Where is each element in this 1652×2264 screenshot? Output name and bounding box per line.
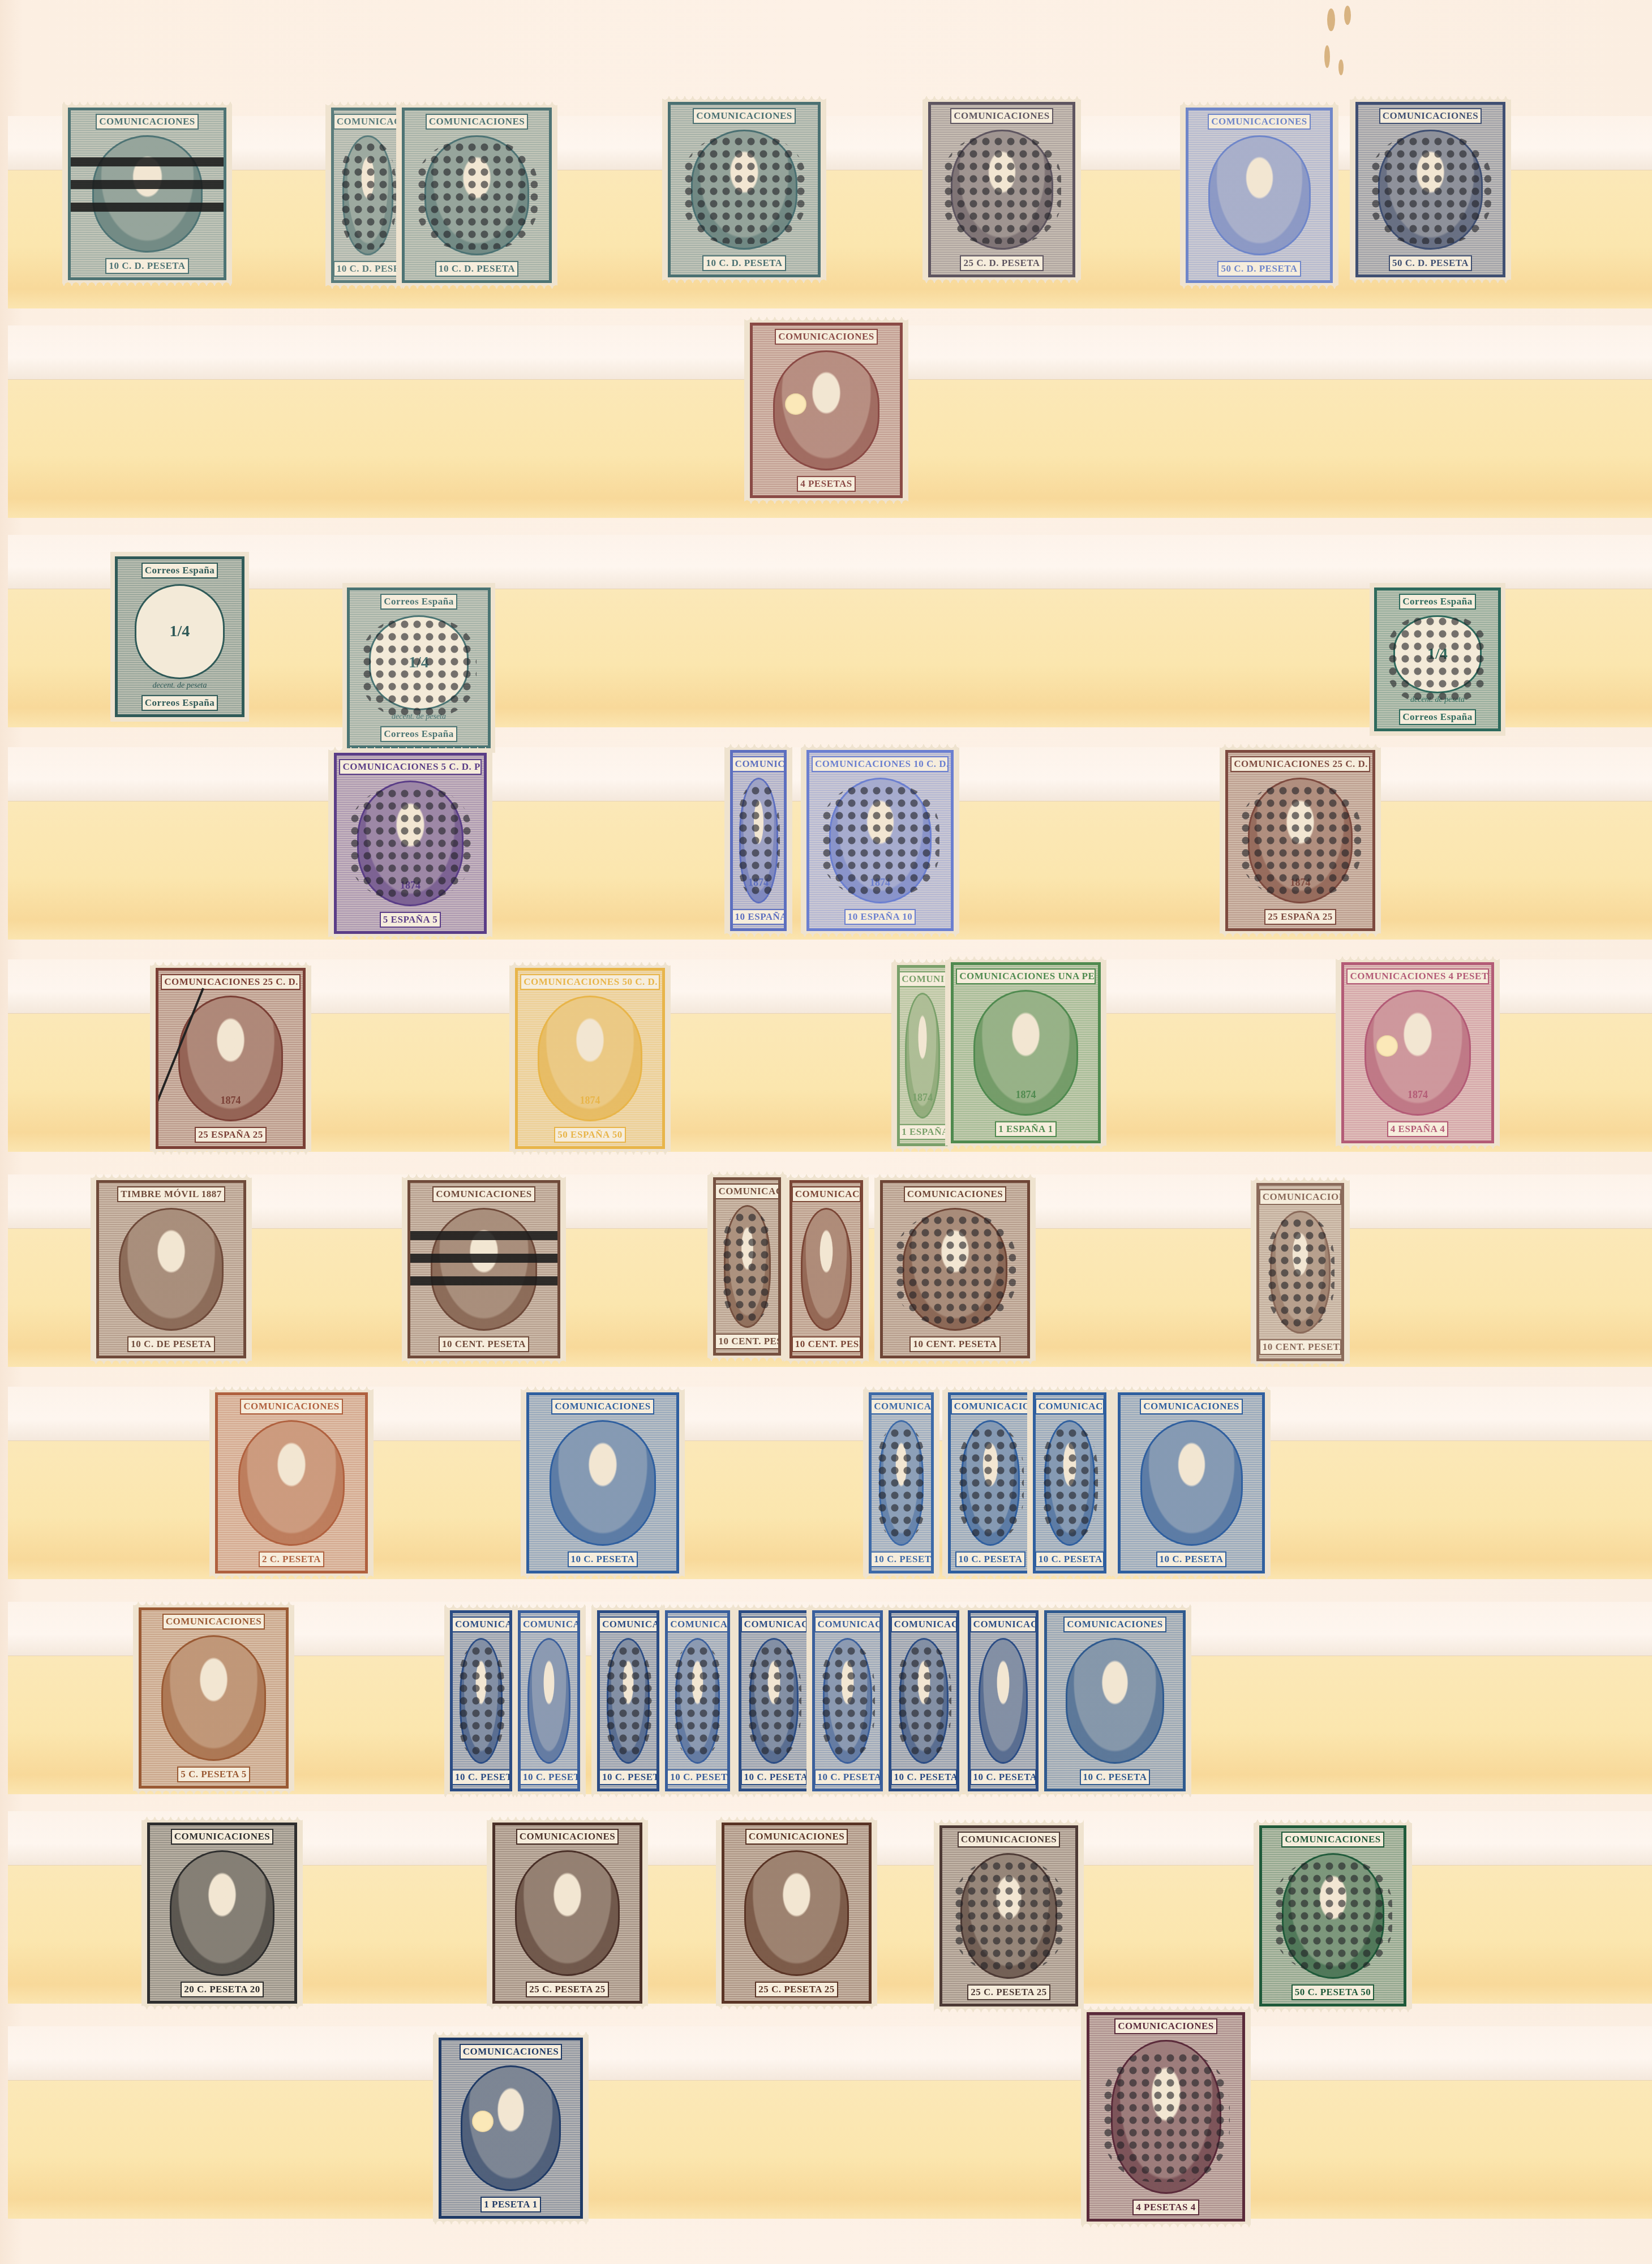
stamp: COMUNICACIONES20 C. PESETA 20 [141,1817,303,2009]
stamp-design: COMUNICACIONES5 C. PESETA 5 [139,1607,289,1789]
stamp: COMUNICACIONES10 C. D. PESETA [396,102,557,289]
stamp: TIMBRE MÓVIL 188710 C. DE PESETA [91,1174,252,1364]
stamp: COMUNICACIONES50 C. PESETA 50 [1254,1820,1412,2012]
stamp: COMUNICACIONES10 C. PESETA [942,1387,1039,1579]
stamp-design: COMUNICACIONES4 PESETAS 4 [1087,2012,1245,2222]
stamp-value-label: 10 ESPAÑA 10 [732,909,786,925]
stamp-design: TIMBRE MÓVIL 188710 C. DE PESETA [96,1180,246,1358]
stamp-value-label: 5 ESPAÑA 5 [380,912,441,928]
stamp-design: COMUNICACIONES25 C. D. PESETA [928,102,1075,277]
stamp-vignette [979,1638,1028,1764]
stamp-top-label: COMUNICACIONES 50 C. D. PESETA [520,974,660,990]
stamp-top-label: COMUNICACIONES [745,1829,848,1845]
stamp-sub-label: decent. de peseta [1410,696,1465,705]
stamp-top-label: COMUNICACIONES 4 PESETAS [1346,968,1488,984]
stamp-year: 1874 [158,1095,303,1107]
stamp: COMUNICACIONES10 C. PESETA [1039,1605,1191,1797]
stamp-year: 1874 [900,1092,945,1104]
stamp-vignette [1044,1420,1095,1546]
stamp: COMUNICACIONES 10 C. D. PESETA187410 ESP… [724,744,792,937]
stamp-value-label: 4 PESETAS 4 [1132,2199,1199,2215]
stamp-design: Correos España1/4decent. de pesetaCorreo… [1374,588,1501,731]
stamp-top-label: COMUNICACIONES [715,1184,779,1199]
stamp-vignette [1208,135,1311,255]
stamp-value-label: 10 C. PESETA [1035,1551,1104,1567]
stamp-top-label: COMUNICACIONES UNA PESETA [956,968,1096,984]
stamp-top-label: COMUNICACIONES [904,1186,1006,1202]
stamp-value-label: 4 ESPAÑA 4 [1387,1121,1448,1137]
stamp: COMUNICACIONES 5 C. D. PESETA18745 ESPAÑ… [328,747,492,940]
stamp-design: COMUNICACIONES 4 PESETAS18744 ESPAÑA 4 [1341,962,1494,1143]
stamp-design: COMUNICACIONES1 PESETA 1 [439,2038,583,2219]
stamp-value-label: 10 C. PESETA [955,1551,1026,1567]
stamp-top-label: COMUNICACIONES [1208,114,1310,130]
stamp-design: COMUNICACIONES 25 C. D. PESETA187425 ESP… [156,968,306,1149]
stamp-vignette [724,1205,771,1328]
stamp-top-label: COMUNICACIONES [432,1186,535,1202]
stamp-top-label: COMUNICACIONES [96,114,198,130]
stamp-top-label: TIMBRE MÓVIL 1887 [117,1186,225,1202]
stamp-top-label: COMUNICACIONES [775,329,877,345]
stain-mark [1324,45,1330,68]
stamp-vignette [238,1420,345,1546]
stamp-vignette [1140,1420,1243,1546]
stamp-top-label: COMUNICACIONES [240,1399,342,1414]
stamp: COMUNICACIONES UNA PESETA18741 ESPAÑA 1 [945,957,1106,1149]
stamp: COMUNICACIONES10 C. PESETA [962,1605,1044,1797]
stamp-value-label: 10 C. D. PESETA [333,261,402,277]
stamp-vignette [961,1420,1020,1546]
stamp-design: COMUNICACIONES10 C. PESETA [450,1610,512,1791]
stamp-top-label: COMUNICACIONES [741,1616,808,1632]
stamp-top-label: COMUNICACIONES [951,1399,1031,1414]
stamp-value-label: 25 ESPAÑA 25 [195,1127,266,1143]
stamp: COMUNICACIONES 10 C. D. PESETA187410 ESP… [801,744,959,937]
stamp-top-label: COMUNICACIONES [970,1616,1037,1632]
stamp-design: COMUNICACIONES25 C. PESETA 25 [939,1825,1078,2006]
stamp: COMUNICACIONES10 C. PESETA [883,1605,965,1797]
stamp-top-label: COMUNICACIONES [551,1399,654,1414]
stamp-value-label: 1 ESPAÑA 1 [995,1121,1056,1137]
stamp-design: COMUNICACIONES10 C. PESETA [1044,1610,1186,1791]
stamp-top-label: COMUNICACIONES [693,108,795,124]
stamp-year: 1874 [337,880,484,891]
stamp: COMUNICACIONES10 CENT. PESETA [784,1174,869,1364]
stamp-top-label: COMUNICACIONES [1063,1616,1166,1632]
stamp-design: COMUNICACIONES50 C. D. PESETA [1355,102,1505,277]
stamp-sub-label: decent. de peseta [392,713,446,722]
stamp-value-label: 10 C. PESETA [870,1551,932,1567]
stamp-design: COMUNICACIONES10 C. PESETA [739,1610,809,1791]
stamp-top-label: Correos España [1399,594,1475,610]
stamp-design: COMUNICACIONES10 CENT. PESETA [407,1180,560,1358]
stamp-value-label: 10 C. PESETA [599,1769,658,1785]
stamp-value-label: 10 C. PESETA [520,1769,578,1785]
stamp: COMUNICACIONES 25 C. D. PESETA187425 ESP… [1220,744,1381,937]
glassine-strip [8,2026,1652,2219]
stamp-vignette [903,1208,1007,1331]
stamp-design: COMUNICACIONES 50 C. D. PESETA187450 ESP… [515,968,665,1149]
stamp-design: COMUNICACIONES2 C. PESETA [215,1392,368,1573]
stamp-design: COMUNICACIONES 5 C. D. PESETA18745 ESPAÑ… [334,753,487,934]
stamp: COMUNICACIONES4 PESETAS [744,317,908,504]
stamp-vignette [170,1850,274,1976]
stamp-vignette [773,350,879,470]
stamp-value-label: 10 C. DE PESETA [127,1336,214,1352]
stamp-vignette [1270,1211,1331,1333]
stamp-vignette [744,1850,849,1976]
stamp: Correos España1/4decent. de pesetaCorreo… [342,583,495,753]
stamp-vignette: 1/4 [135,584,225,679]
stamp-design: COMUNICACIONES50 C. PESETA 50 [1259,1825,1406,2006]
stamp: COMUNICACIONES10 C. PESETA [659,1605,736,1797]
stamp: COMUNICACIONES1 PESETA 1 [433,2032,589,2224]
stamp-value-label: 10 C. PESETA [1156,1551,1227,1567]
stamp-vignette [92,135,203,252]
stamp-vignette [823,1638,872,1764]
stamp-design: COMUNICACIONES10 CENT. PESETA [789,1180,863,1358]
stamp-top-label: Correos España [141,563,218,578]
stamp: COMUNICACIONES 25 C. D. PESETA187425 ESP… [150,962,311,1155]
stamp: Correos España1/4decent. de pesetaCorreo… [110,552,249,722]
stamp-vignette [515,1850,620,1976]
stamp-vignette [460,1638,503,1764]
stamp-value-label: 10 C. PESETA [667,1769,728,1785]
stamp-design: COMUNICACIONES10 C. PESETA [526,1392,679,1573]
stamp: COMUNICACIONES10 C. PESETA [733,1605,815,1797]
stamp-design: Correos España1/4decent. de pesetaCorreo… [115,556,244,717]
stamp-value-label: 25 C. D. PESETA [960,255,1043,271]
stamp-value-label: 10 C. PESETA [1080,1769,1151,1785]
stamp-top-label: COMUNICACIONES [958,1832,1060,1847]
stamp-top-label: COMUNICACIONES [520,1616,578,1632]
stamp: COMUNICACIONES10 CENT. PESETA [1251,1177,1350,1367]
stamp-vignette [161,1635,266,1761]
stamp-top-label: COMUNICACIONES [870,1399,932,1414]
stamp-design: COMUNICACIONES10 C. PESETA [948,1392,1033,1573]
stamp: COMUNICACIONES10 C. PESETA [444,1605,518,1797]
stamp-vignette [801,1208,852,1331]
stamp-year: 1874 [1228,877,1372,889]
stamp-vignette [1066,1638,1164,1764]
stamp-value-label: 10 CENT. PESETA [909,1336,1000,1352]
stamp-value-label: 10 CENT. PESETA [1259,1339,1341,1355]
stamp-design: COMUNICACIONES UNA PESETA18741 ESPAÑA 1 [951,962,1101,1143]
stockbook-page: COMUNICACIONES10 C. D. PESETACOMUNICACIO… [0,0,1652,2264]
stain-mark [1344,6,1351,25]
stamp-top-label: COMUNICACIONES [1281,1832,1384,1847]
stamp-value-label: 50 C. PESETA 50 [1291,1984,1375,2000]
stamp-top-label: COMUNICACIONES [599,1616,658,1632]
stamp: COMUNICACIONES10 CENT. PESETA [402,1174,566,1364]
stamp-vignette [675,1638,720,1764]
stamp-value-label: Correos España [141,695,218,711]
stamp-vignette [1282,1853,1384,1979]
stamp-design: COMUNICACIONES10 CENT. PESETA [1256,1183,1344,1361]
stamp: COMUNICACIONES10 C. PESETA [521,1387,685,1579]
stamp-value-label: Correos España [380,726,457,742]
stamp-top-label: Correos España [380,594,457,610]
stamp-value-label: 10 C. D. PESETA [702,255,786,271]
stamp: COMUNICACIONES10 C. PESETA [591,1605,665,1797]
stamp-design: COMUNICACIONES10 C. PESETA [518,1610,580,1791]
stamp: COMUNICACIONES10 C. PESETA [806,1605,889,1797]
stamp-top-label: COMUNICACIONES [171,1829,273,1845]
stamp-top-label: COMUNICACIONES [1259,1189,1341,1205]
stamp-top-label: COMUNICACIONES [1035,1399,1104,1414]
stamp-value-label: 50 ESPAÑA 50 [554,1127,625,1143]
strip-edge [8,2026,1652,2080]
stamp-value-label: 50 C. D. PESETA [1389,255,1472,271]
stamp-year: 1874 [733,877,784,889]
stamp-value-label: 10 C. PESETA [741,1769,808,1785]
stamp-design: COMUNICACIONES 10 C. D. PESETA187410 ESP… [806,750,954,931]
stain-mark [1327,8,1335,31]
stamp-top-label: COMUNICACIONES [891,1616,958,1632]
stamp-value-label: 20 C. PESETA 20 [181,1982,264,1997]
stamp-vignette: 1/4 [369,615,469,710]
stamp-value-label: 25 C. PESETA 25 [526,1982,609,1997]
stamp-vignette [951,130,1053,250]
stamp-value-label: 2 C. PESETA [259,1551,324,1567]
stamp-design: COMUNICACIONES10 CENT. PESETA [713,1177,781,1356]
stamp-vignette [461,2065,561,2191]
stamp-top-label: COMUNICACIONES [516,1829,619,1845]
stamp-top-label: COMUNICACIONES [452,1616,510,1632]
stamp-vignette [424,135,529,255]
stamp: COMUNICACIONES10 C. PESETA [1112,1387,1271,1579]
stamp-design: COMUNICACIONES10 C. PESETA [1033,1392,1106,1573]
stamp-year: 1874 [1344,1089,1491,1101]
stamp: Correos España1/4decent. de pesetaCorreo… [1370,583,1505,736]
stamp: COMUNICACIONES25 C. D. PESETA [922,96,1081,283]
stamp-top-label: COMUNICACIONES [950,108,1053,124]
stamp-design: COMUNICACIONES10 C. D. PESETA [402,108,552,283]
stamp-vignette [879,1420,924,1546]
stamp-value-label: 10 C. PESETA [891,1769,958,1785]
stamp: COMUNICACIONES25 C. PESETA 25 [934,1820,1084,2012]
stamp-design: COMUNICACIONES 25 C. D. PESETA187425 ESP… [1225,750,1375,931]
stamp-design: COMUNICACIONES25 C. PESETA 25 [492,1823,642,2004]
stamp: COMUNICACIONES10 C. PESETA [1027,1387,1112,1579]
stamp-value-label: 25 C. PESETA 25 [967,1984,1050,2000]
stamp-value-label: 4 PESETAS [797,476,856,492]
stamp-design: COMUNICACIONES10 C. D. PESETA [68,108,226,280]
stamp-vignette [550,1420,656,1546]
stamp-value-label: 10 ESPAÑA 10 [844,909,916,925]
stamp-vignette [899,1638,949,1764]
stamp-top-label: COMUNICACIONES UNA PESETA [898,971,947,987]
stamp: COMUNICACIONES 4 PESETAS18744 ESPAÑA 4 [1336,957,1500,1149]
stamp-design: Correos España1/4decent. de pesetaCorreo… [347,588,491,748]
stamp-vignette [342,135,393,255]
stamp-value-label: 1 PESETA 1 [480,2197,540,2212]
strip-pocket [8,2080,1652,2219]
stamp-value-label: 10 C. D. PESETA [435,261,518,277]
stamp-top-label: COMUNICACIONES [667,1616,728,1632]
stamp-value-label: 10 C. PESETA [970,1769,1037,1785]
stamp-vignette [960,1853,1057,1979]
stamp: COMUNICACIONES25 C. PESETA 25 [487,1817,648,2009]
stamp: COMUNICACIONES10 CENT. PESETA [874,1174,1036,1364]
stamp-year: 1874 [518,1095,662,1107]
stamp-design: COMUNICACIONES20 C. PESETA 20 [147,1823,297,2004]
stamp-design: COMUNICACIONES10 C. D. PESETA [668,102,821,277]
stamp-design: COMUNICACIONES25 C. PESETA 25 [722,1823,872,2004]
stamp: COMUNICACIONES25 C. PESETA 25 [716,1817,877,2009]
stamp-vignette [1111,2040,1221,2194]
stamp-top-label: COMUNICACIONES [1379,108,1482,124]
stamp-value-label: 10 C. D. PESETA [105,258,188,274]
stamp-value-label: 1 ESPAÑA 1 [898,1124,947,1140]
stamp-top-label: COMUNICACIONES [162,1614,265,1630]
stamp-value-label: 10 CENT. PESETA [715,1333,779,1349]
stamp-top-label: COMUNICACIONES [792,1186,861,1202]
stamp-design: COMUNICACIONES10 C. PESETA [665,1610,730,1791]
stamp-design: COMUNICACIONES10 C. PESETA [812,1610,883,1791]
stamp: COMUNICACIONES UNA PESETA18741 ESPAÑA 1 [891,959,954,1152]
stamp-top-label: COMUNICACIONES [1114,2018,1217,2034]
strip-edge [8,535,1652,589]
stamp-design: COMUNICACIONES10 C. PESETA [1118,1392,1265,1573]
stamp-sub-label: decent. de peseta [152,681,207,691]
stamp-top-label: COMUNICACIONES 10 C. D. PESETA [732,756,786,772]
stamp-year: 1874 [954,1089,1098,1101]
stamp-value-label: 10 C. PESETA [452,1769,510,1785]
stamp-design: COMUNICACIONES10 C. PESETA [869,1392,934,1573]
stamp-design: COMUNICACIONES10 C. PESETA [597,1610,659,1791]
stamp: COMUNICACIONES10 C. PESETA [512,1605,586,1797]
stamp-design: COMUNICACIONES 10 C. D. PESETA187410 ESP… [730,750,787,931]
stamp-value-label: 50 C. D. PESETA [1217,261,1301,277]
stamp: COMUNICACIONES50 C. D. PESETA [1350,96,1511,283]
stamp: COMUNICACIONES5 C. PESETA 5 [133,1602,294,1794]
stamp-value-label: 25 C. PESETA 25 [755,1982,838,1997]
stamp-vignette [607,1638,650,1764]
stamp-design: COMUNICACIONES10 CENT. PESETA [880,1180,1030,1358]
stamp-top-label: COMUNICACIONES 10 C. D. PESETA [812,756,949,772]
stamp-top-label: COMUNICACIONES [814,1616,881,1632]
stamp: COMUNICACIONES10 C. D. PESETA [62,102,232,286]
stamp-top-label: COMUNICACIONES [333,114,402,130]
stamp-top-label: COMUNICACIONES 25 C. D. PESETA [161,974,301,990]
stamp-vignette [749,1638,799,1764]
stamp: COMUNICACIONES10 C. PESETA [863,1387,939,1579]
stain-mark [1338,59,1344,75]
stamp-value-label: 25 ESPAÑA 25 [1264,909,1336,925]
stamp: COMUNICACIONES10 CENT. PESETA [707,1172,787,1361]
stamp-value-label: 5 C. PESETA 5 [177,1766,250,1782]
stamp: COMUNICACIONES 50 C. D. PESETA187450 ESP… [509,962,671,1155]
stamp-value-label: 10 C. PESETA [814,1769,881,1785]
stamp-design: COMUNICACIONES10 C. D. PESETA [331,108,405,283]
stamp-design: COMUNICACIONES4 PESETAS [750,323,903,498]
stamp-design: COMUNICACIONES50 C. D. PESETA [1186,108,1333,283]
stamp-vignette [119,1208,224,1331]
stamp-design: COMUNICACIONES UNA PESETA18741 ESPAÑA 1 [897,965,948,1146]
stamp-vignette [1378,130,1483,250]
stamp-top-label: COMUNICACIONES [1140,1399,1242,1414]
stamp-top-label: COMUNICACIONES [426,114,528,130]
stamp-design: COMUNICACIONES10 C. PESETA [968,1610,1039,1791]
stamp: COMUNICACIONES10 C. D. PESETA [662,96,826,283]
stamp-top-label: COMUNICACIONES 25 C. D. PESETA [1230,756,1370,772]
stamp-value-label: 10 CENT. PESETA [439,1336,529,1352]
stamp-top-label: COMUNICACIONES [460,2044,562,2060]
stamp: COMUNICACIONES2 C. PESETA [209,1387,374,1579]
stamp-vignette: 1/4 [1393,615,1482,693]
stamp-value-label: 10 CENT. PESETA [792,1336,861,1352]
stamp-value-label: 10 C. PESETA [568,1551,638,1567]
stamp: COMUNICACIONES50 C. D. PESETA [1180,102,1338,289]
stamp-vignette [691,130,797,250]
stamp-design: COMUNICACIONES10 C. PESETA [889,1610,959,1791]
stamp-top-label: COMUNICACIONES 5 C. D. PESETA [339,759,481,775]
stamp-value-label: Correos España [1399,709,1475,725]
stamp-vignette [431,1208,537,1331]
stamp-vignette [527,1638,570,1764]
stamp-year: 1874 [809,877,951,889]
stamp: COMUNICACIONES4 PESETAS 4 [1081,2006,1251,2227]
